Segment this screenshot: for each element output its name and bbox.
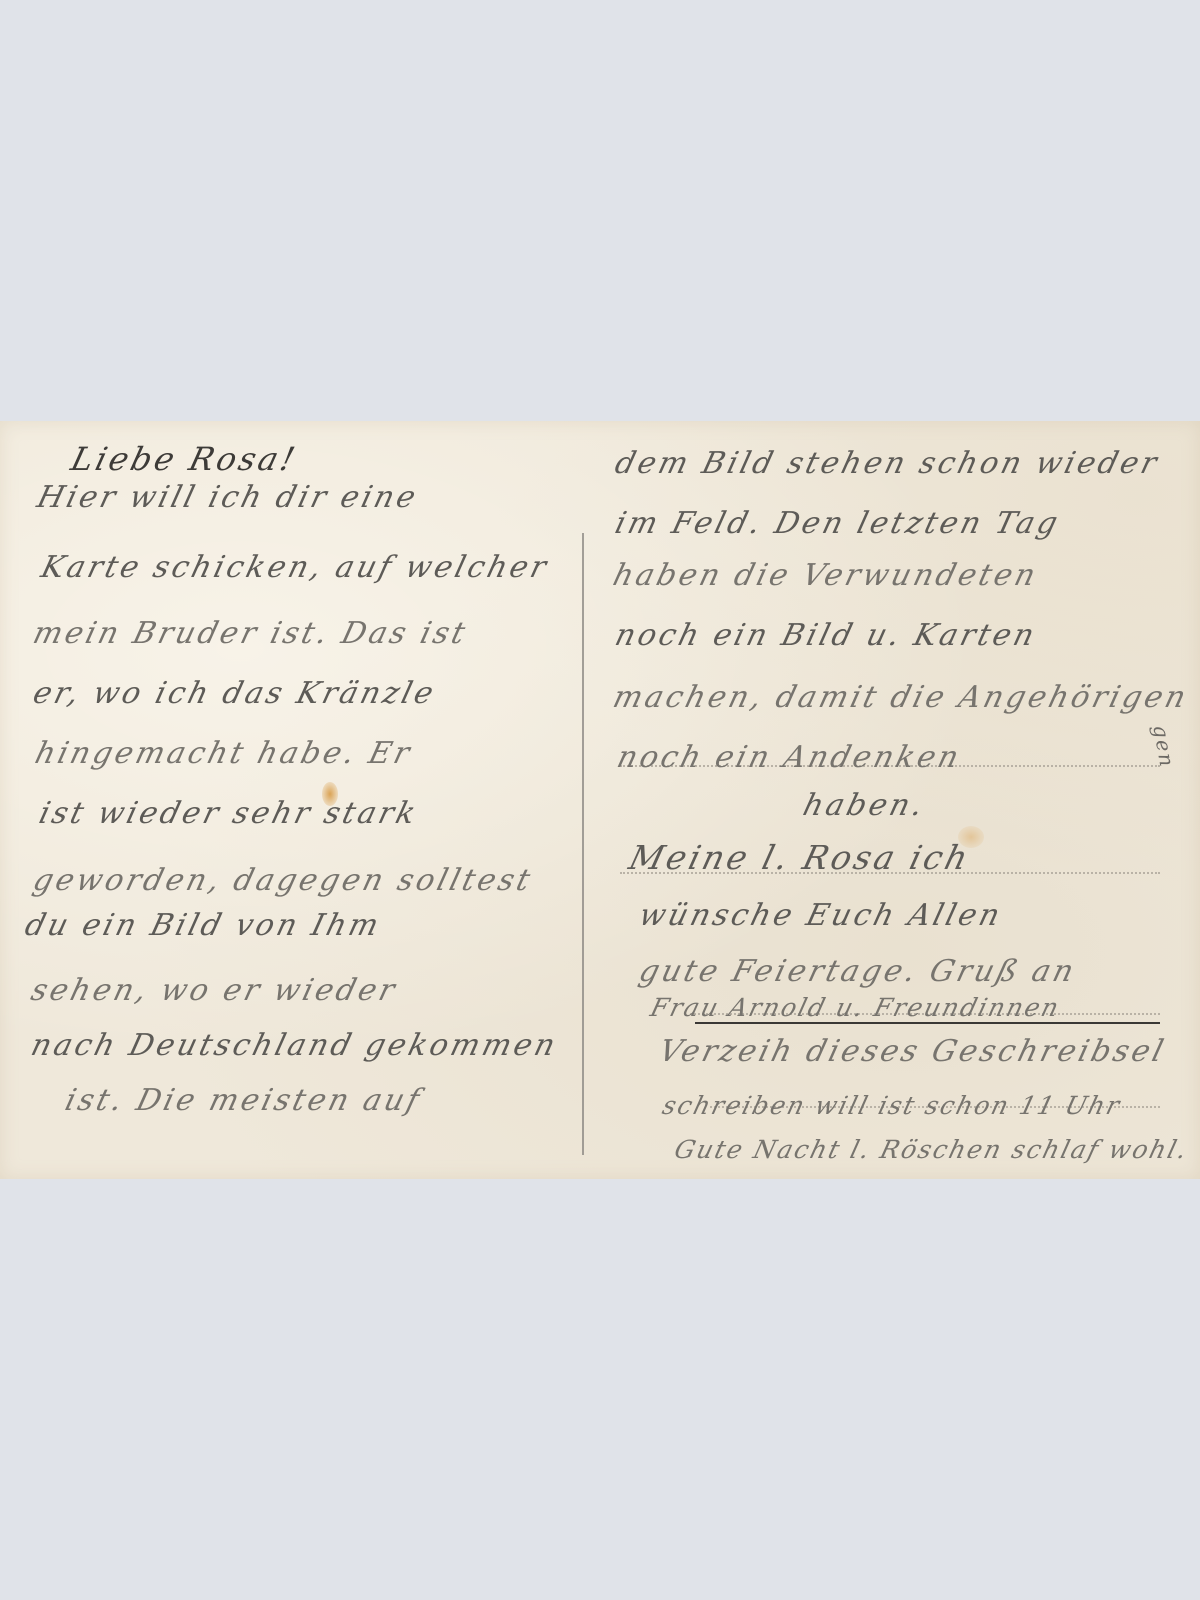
margin-note: gen [1148, 723, 1179, 770]
letter-line: ist wieder sehr stark [36, 799, 421, 829]
letter-line: im Feld. Den letzten Tag [612, 509, 1063, 539]
letter-line: schreiben will ist schon 11 Uhr [660, 1093, 1124, 1118]
letter-line: haben. [800, 791, 929, 821]
center-divider-line [582, 533, 584, 1155]
letter-line: haben die Verwundeten [610, 561, 1041, 591]
letter-line: Hier will ich dir eine [34, 483, 421, 513]
letter-line: du ein Bild von Ihm [22, 911, 384, 941]
letter-line: Frau Arnold u. Freundinnen [648, 995, 1063, 1020]
address-solid-rule [695, 1022, 1160, 1024]
letter-line: Karte schicken, auf welcher [38, 553, 552, 583]
letter-line: wünsche Euch Allen [636, 901, 1005, 931]
letter-line: mein Bruder ist. Das ist [30, 619, 471, 649]
letter-line: noch ein Andenken [614, 743, 964, 773]
letter-line: ist. Die meisten auf [62, 1086, 425, 1116]
greeting: Liebe Rosa! [68, 443, 301, 475]
letter-line: geworden, dagegen solltest [30, 866, 536, 896]
letter-line: hingemacht habe. Er [32, 739, 415, 769]
letter-line: nach Deutschland gekommen [28, 1031, 561, 1061]
letter-line: noch ein Bild u. Karten [612, 621, 1040, 651]
letter-line: sehen, wo er wieder [28, 976, 400, 1006]
letter-line: Meine l. Rosa ich [626, 841, 974, 874]
letter-line: dem Bild stehen schon wieder [612, 449, 1162, 479]
letter-line: gute Feiertage. Gruß an [636, 957, 1079, 987]
letter-line: Verzeih dieses Geschreibsel [656, 1037, 1169, 1067]
letter-line: Gute Nacht l. Röschen schlaf wohl. [672, 1137, 1191, 1162]
letter-line: machen, damit die Angehörigen [610, 683, 1191, 713]
postcard: Liebe Rosa! Hier will ich dir eine Karte… [0, 421, 1200, 1179]
letter-line: er, wo ich das Kränzle [30, 679, 439, 709]
